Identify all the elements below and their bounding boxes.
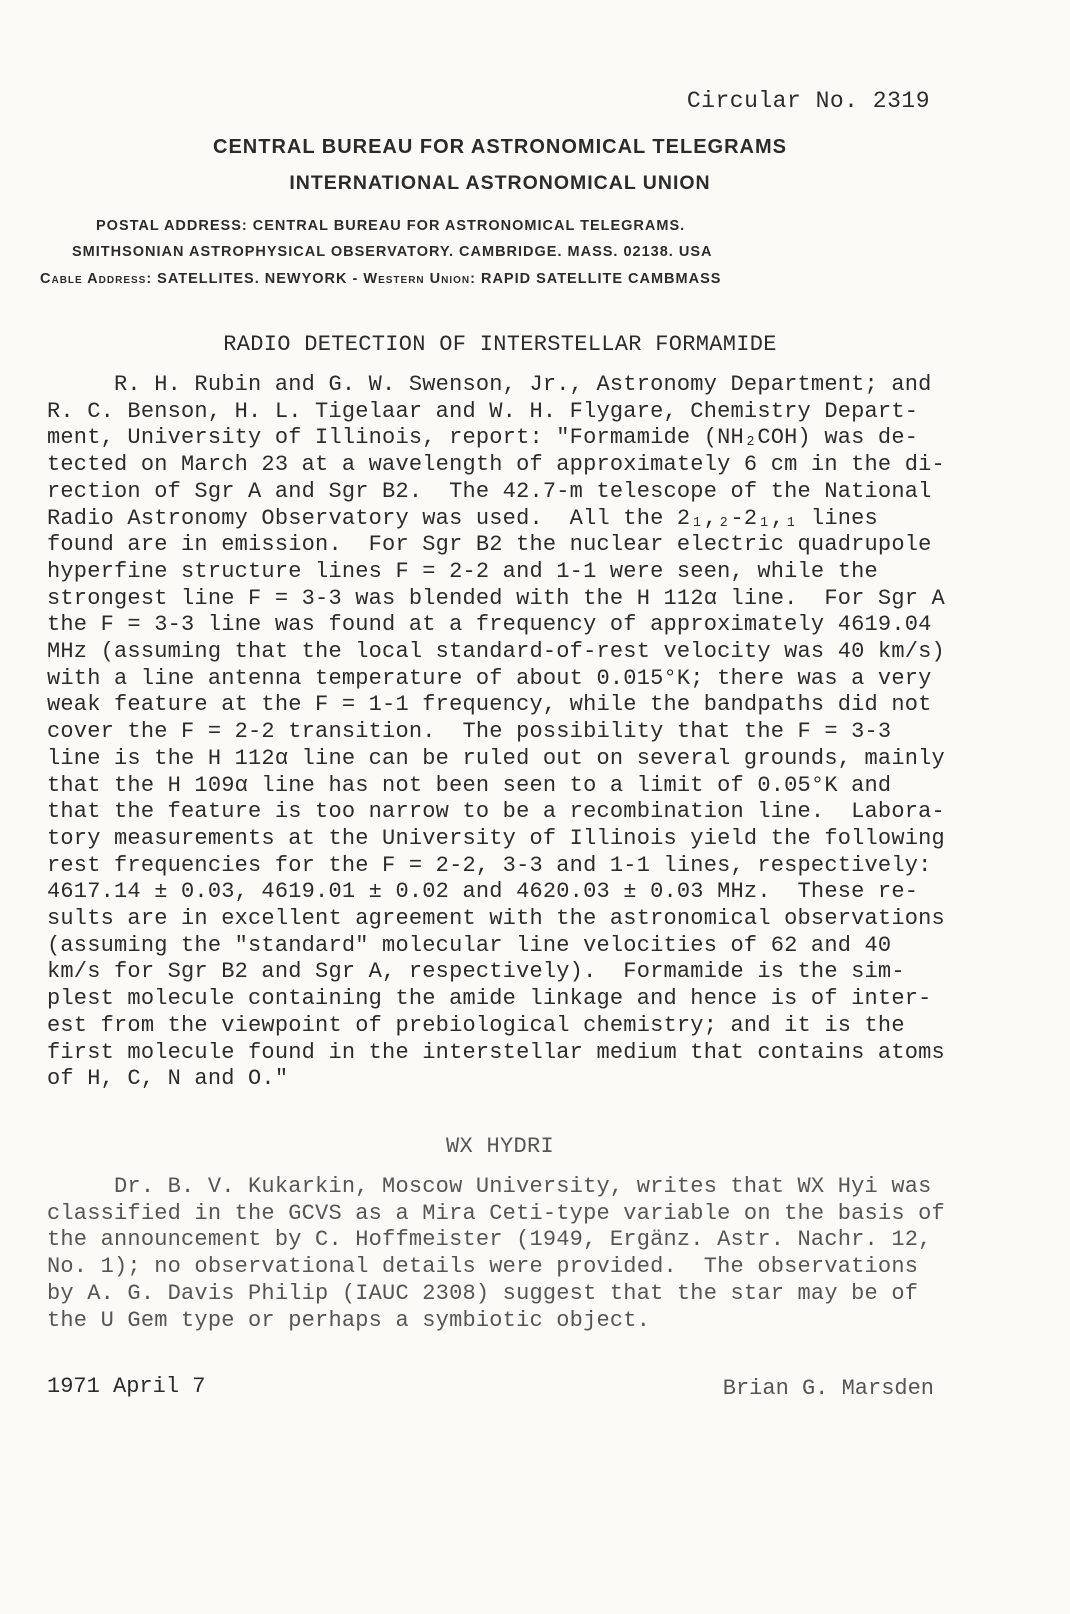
text-line: the F = 3-3 line was found at a frequenc…	[47, 612, 947, 639]
text-line: found are in emission. For Sgr B2 the nu…	[47, 532, 947, 559]
text-line: that the H 109α line has not been seen t…	[47, 773, 947, 800]
text-line: strongest line F = 3-3 was blended with …	[47, 586, 947, 613]
text-line: MHz (assuming that the local standard-of…	[47, 639, 947, 666]
text-line: hyperfine structure lines F = 2-2 and 1-…	[47, 559, 947, 586]
circular-number: Circular No. 2319	[687, 88, 930, 114]
article-body-formamide: R. H. Rubin and G. W. Swenson, Jr., Astr…	[47, 372, 947, 1093]
text-line: sults are in excellent agreement with th…	[47, 906, 947, 933]
bureau-heading: CENTRAL BUREAU FOR ASTRONOMICAL TELEGRAM…	[0, 136, 1000, 159]
text-line: line is the H 112α line can be ruled out…	[47, 746, 947, 773]
text-line: first molecule found in the interstellar…	[47, 1040, 947, 1067]
article-title-wx-hydri: WX HYDRI	[0, 1134, 1000, 1159]
text-line: 4617.14 ± 0.03, 4619.01 ± 0.02 and 4620.…	[47, 879, 947, 906]
text-line: the announcement by C. Hoffmeister (1949…	[47, 1227, 947, 1254]
text-line: No. 1); no observational details were pr…	[47, 1254, 947, 1281]
text-line: of H, C, N and O."	[47, 1066, 947, 1093]
text-line: classified in the GCVS as a Mira Ceti-ty…	[47, 1201, 947, 1228]
signature: Brian G. Marsden	[723, 1376, 934, 1401]
text-line: that the feature is too narrow to be a r…	[47, 799, 947, 826]
text-line: R. C. Benson, H. L. Tigelaar and W. H. F…	[47, 399, 947, 426]
text-line: with a line antenna temperature of about…	[47, 666, 947, 693]
text-line: km/s for Sgr B2 and Sgr A, respectively)…	[47, 959, 947, 986]
text-line: R. H. Rubin and G. W. Swenson, Jr., Astr…	[47, 372, 947, 399]
cable-address: Cable Address: SATELLITES. NEWYORK - Wes…	[40, 271, 721, 287]
text-line: cover the F = 2-2 transition. The possib…	[47, 719, 947, 746]
text-line: tory measurements at the University of I…	[47, 826, 947, 853]
text-line: weak feature at the F = 1-1 frequency, w…	[47, 692, 947, 719]
text-line: tected on March 23 at a wavelength of ap…	[47, 452, 947, 479]
issue-date: 1971 April 7	[47, 1374, 205, 1399]
text-line: rection of Sgr A and Sgr B2. The 42.7-m …	[47, 479, 947, 506]
text-line: est from the viewpoint of prebiological …	[47, 1013, 947, 1040]
text-line: plest molecule containing the amide link…	[47, 986, 947, 1013]
article-body-wx-hydri: Dr. B. V. Kukarkin, Moscow University, w…	[47, 1174, 947, 1334]
article-title-formamide: RADIO DETECTION OF INTERSTELLAR FORMAMID…	[0, 332, 1000, 357]
text-line: Dr. B. V. Kukarkin, Moscow University, w…	[47, 1174, 947, 1201]
text-line: rest frequencies for the F = 2-2, 3-3 an…	[47, 853, 947, 880]
text-line: by A. G. Davis Philip (IAUC 2308) sugges…	[47, 1281, 947, 1308]
text-line: the U Gem type or perhaps a symbiotic ob…	[47, 1308, 947, 1335]
text-line: (assuming the "standard" molecular line …	[47, 933, 947, 960]
postal-address-line-2: SMITHSONIAN ASTROPHYSICAL OBSERVATORY. C…	[72, 244, 712, 260]
union-heading: INTERNATIONAL ASTRONOMICAL UNION	[0, 172, 1000, 195]
postal-address-line-1: POSTAL ADDRESS: CENTRAL BUREAU FOR ASTRO…	[96, 218, 685, 234]
text-line: Radio Astronomy Observatory was used. Al…	[47, 506, 947, 533]
text-line: ment, University of Illinois, report: "F…	[47, 425, 947, 452]
